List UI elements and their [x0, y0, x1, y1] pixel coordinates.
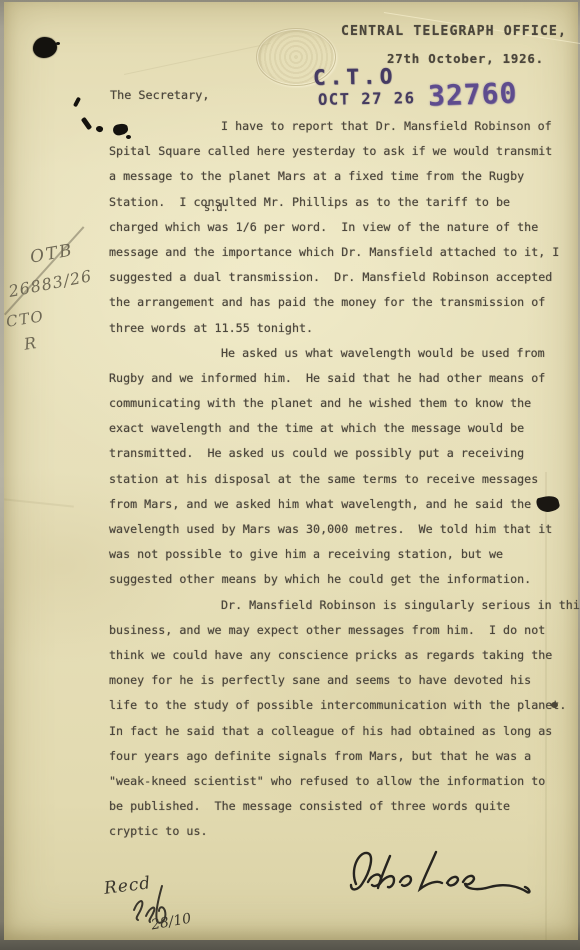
margin-note-cto: CTO — [5, 307, 46, 331]
typed-line: communicating with the planet and he wis… — [109, 391, 571, 416]
margin-note-initial: R — [23, 333, 38, 353]
letter-body: I have to report that Dr. Mansfield Robi… — [109, 114, 571, 844]
ink-mark — [81, 117, 93, 131]
typed-line: was not possible to give him a receiving… — [109, 542, 571, 567]
office-name: CENTRAL TELEGRAPH OFFICE, — [341, 24, 567, 39]
paper-crease — [4, 498, 74, 507]
typed-line: He asked us what wavelength would be use… — [109, 341, 571, 366]
typed-line: message and the importance which Dr. Man… — [109, 240, 571, 265]
paragraph-1: I have to report that Dr. Mansfield Robi… — [109, 114, 571, 341]
typed-line: Spital Square called here yesterday to a… — [109, 139, 571, 164]
typed-line: the arrangement and has paid the money f… — [109, 290, 571, 315]
margin-note-reference: 26883/26 — [7, 266, 94, 301]
typed-line: suggested a dual transmission. Dr. Mansf… — [109, 265, 571, 290]
typed-line: I have to report that Dr. Mansfield Robi… — [109, 114, 571, 139]
letter-date: 27th October, 1926. — [387, 51, 544, 66]
typed-line: be published. The message consisted of t… — [109, 794, 571, 819]
typed-line: Station. I consulted Mr. Phillips as to … — [109, 190, 571, 215]
typed-line: wavelength used by Mars was 30,000 metre… — [109, 517, 571, 542]
ink-blot — [33, 37, 57, 58]
typed-line: money for he is perfectly sane and seems… — [109, 668, 571, 693]
typed-line: charged which was 1/6 per word. In view … — [109, 215, 571, 240]
typed-line: In fact he said that a colleague of his … — [109, 719, 571, 744]
typed-line: from Mars, and we asked him what wavelen… — [109, 492, 571, 517]
typed-line: transmitted. He asked us could we possib… — [109, 441, 571, 466]
ink-blot — [56, 42, 60, 45]
ink-mark — [73, 97, 81, 108]
paragraph-2: He asked us what wavelength would be use… — [109, 341, 571, 593]
signature-john-lee — [334, 840, 534, 906]
typed-line: exact wavelength and the time at which t… — [109, 416, 571, 441]
typed-line: Rugby and we informed him. He said that … — [109, 366, 571, 391]
paper-crease — [124, 43, 271, 75]
stamp-number: 32760 — [427, 76, 517, 112]
typed-line: station at his disposal at the same term… — [109, 467, 571, 492]
margin-note-otb: OTB — [29, 240, 76, 267]
letter-page: CENTRAL TELEGRAPH OFFICE, 27th October, … — [4, 2, 578, 940]
stamp-date: OCT 27 26 — [318, 89, 416, 109]
ink-mark — [95, 125, 103, 133]
typed-line: think we could have any conscience prick… — [109, 643, 571, 668]
typed-line: a message to the planet Mars at a fixed … — [109, 164, 571, 189]
typed-line: suggested other means by which he could … — [109, 567, 571, 592]
typed-line: three words at 11.55 tonight. — [109, 316, 571, 341]
typed-line: business, and we may expect other messag… — [109, 618, 571, 643]
paragraph-3: Dr. Mansfield Robinson is singularly ser… — [109, 593, 571, 845]
typed-line: Dr. Mansfield Robinson is singularly ser… — [109, 593, 571, 618]
salutation: The Secretary, — [110, 88, 209, 102]
stamp-org: C.T.O — [313, 64, 397, 89]
typed-line: "weak-kneed scientist" who refused to al… — [109, 769, 571, 794]
typed-line: four years ago definite signals from Mar… — [109, 744, 571, 769]
typed-line: life to the study of possible intercommu… — [109, 693, 571, 718]
